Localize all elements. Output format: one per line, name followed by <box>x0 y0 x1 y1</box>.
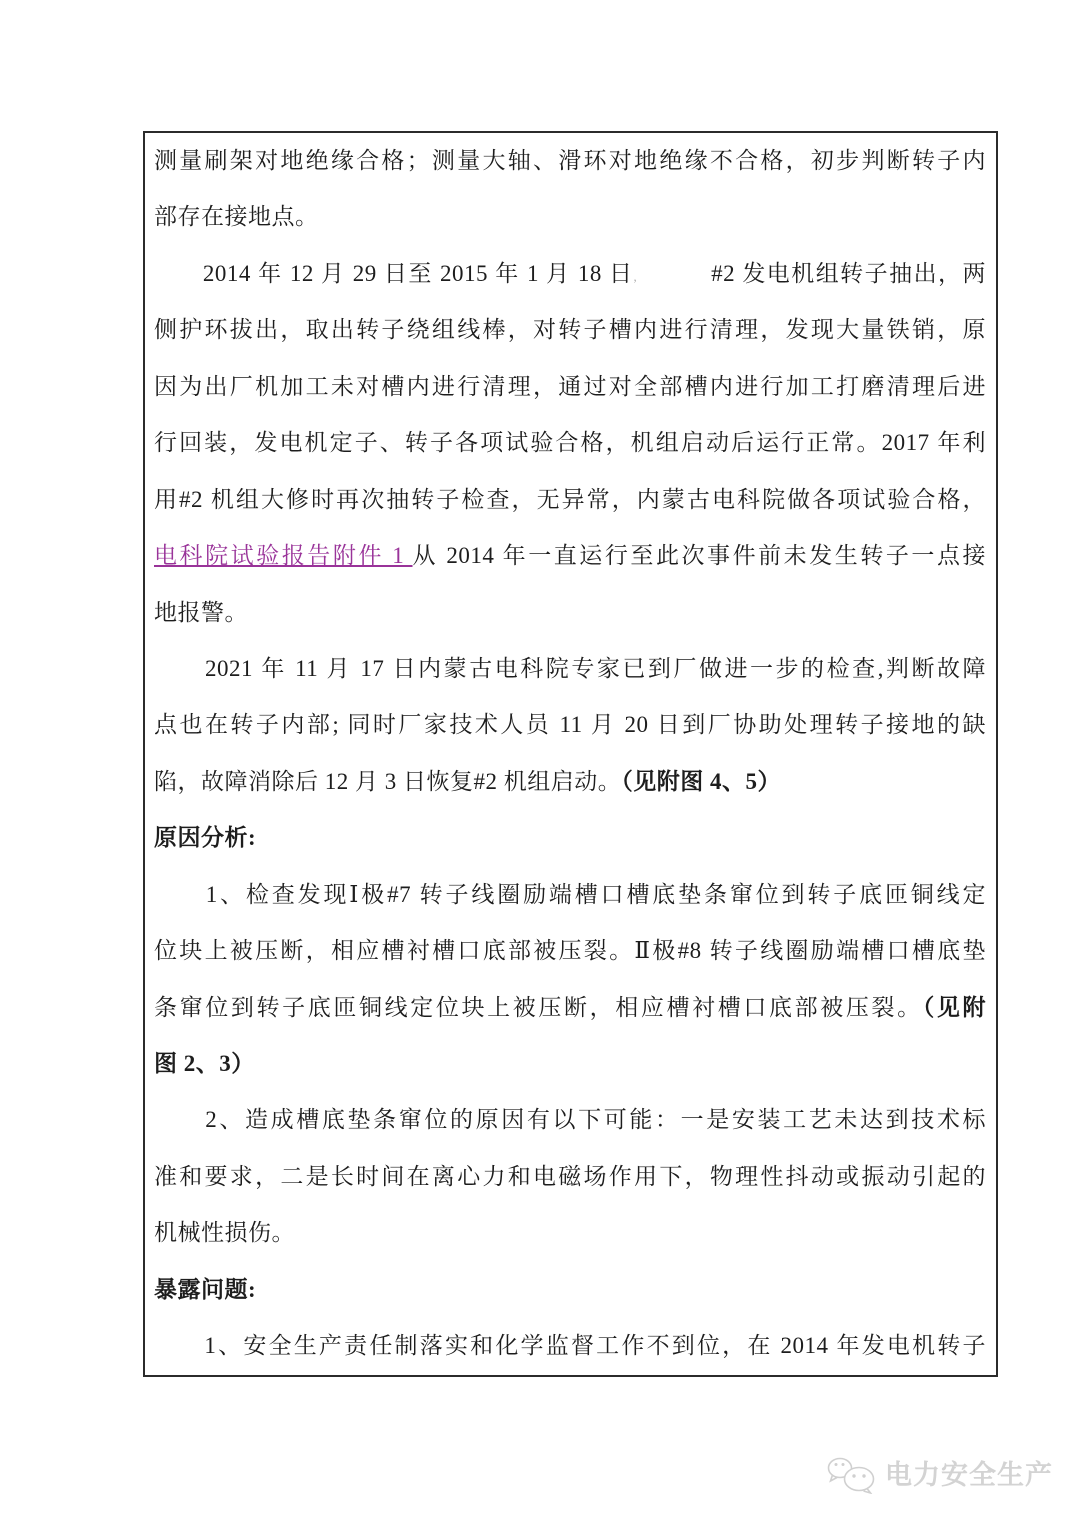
text-segment: 陷，故障消除后 12 月 3 日恢复#2 机组启动。 <box>154 769 621 794</box>
text-line-22: 1、安全生产责任制落实和化学监督工作不到位，在 2014 年发电机转子 <box>154 1318 986 1374</box>
text-line-1: 测量刷架对地绝缘合格；测量大轴、滑环对地绝缘不合格，初步判断转子内 <box>154 133 986 189</box>
text-line-4: 侧护环拔出，取出转子绕组线棒，对转子槽内进行清理，发现大量铁销，原 <box>154 302 986 358</box>
text-segment: 2014 年 12 月 29 日至 2015 年 1 月 18 日 <box>154 261 634 286</box>
text-line-18: 2、造成槽底垫条窜位的原因有以下可能：一是安装工艺未达到技术标 <box>154 1092 986 1148</box>
text-line-20: 机械性损伤。 <box>154 1205 986 1261</box>
text-segment: 暴露问题: <box>154 1277 256 1302</box>
text-line-9: 地报警。 <box>154 585 986 641</box>
text-segment: 2、造成槽底垫条窜位的原因有以下可能：一是安装工艺未达到技术标 <box>154 1107 986 1132</box>
text-segment: 行回装，发电机定子、转子各项试验合格，机组启动后运行正常。2017 年利 <box>154 430 986 455</box>
text-segment: 图 2、3） <box>154 1051 255 1076</box>
wechat-eye <box>842 1463 845 1466</box>
text-line-15: 位块上被压断，相应槽衬槽口底部被压裂。Ⅱ极#8 转子线圈励端槽口槽底垫 <box>154 923 986 979</box>
text-segment: 原因分析: <box>154 825 256 850</box>
text-segment: 从 2014 年一直运行至此次事件前未发生转子一点接 <box>413 543 986 568</box>
text-line-13: 原因分析: <box>154 810 986 866</box>
wechat-icon <box>826 1456 878 1494</box>
text-line-17: 图 2、3） <box>154 1036 986 1092</box>
watermark: 电力安全生产 <box>826 1456 1053 1494</box>
text-segment: #2 发电机组转子抽出，两 <box>637 261 986 286</box>
text-segment: 1、安全生产责任制落实和化学监督工作不到位，在 2014 年发电机转子 <box>154 1333 986 1358</box>
text-segment: 位块上被压断，相应槽衬槽口底部被压裂。Ⅱ极#8 转子线圈励端槽口槽底垫 <box>154 938 986 963</box>
text-line-12: 陷，故障消除后 12 月 3 日恢复#2 机组启动。（见附图 4、5） <box>154 754 986 810</box>
text-segment: 准和要求，二是长时间在离心力和电磁场作用下，物理性抖动或振动引起的 <box>154 1164 986 1189</box>
text-line-21: 暴露问题: <box>154 1262 986 1318</box>
text-segment: 部存在接地点。 <box>154 204 319 229</box>
wechat-eye <box>862 1474 865 1477</box>
text-segment: （见附 <box>923 995 986 1020</box>
text-segment: 条窜位到转子底匝铜线定位块上被压断，相应槽衬槽口底部被压裂。 <box>154 995 923 1020</box>
text-line-5: 因为出厂机加工未对槽内进行清理，通过对全部槽内进行加工打磨清理后进 <box>154 359 986 415</box>
text-line-14: 1、检查发现Ⅰ极#7 转子线圈励端槽口槽底垫条窜位到转子底匝铜线定 <box>154 867 986 923</box>
text-segment: 1、检查发现Ⅰ极#7 转子线圈励端槽口槽底垫条窜位到转子底匝铜线定 <box>154 882 986 907</box>
text-segment: （见附图 4、5） <box>621 769 781 794</box>
wechat-eye <box>852 1474 855 1477</box>
text-line-11: 点也在转子内部; 同时厂家技术人员 11 月 20 日到厂协助处理转子接地的缺 <box>154 697 986 753</box>
watermark-label: 电力安全生产 <box>885 1457 1053 1493</box>
text-line-6: 行回装，发电机定子、转子各项试验合格，机组启动后运行正常。2017 年利 <box>154 415 986 471</box>
text-line-19: 准和要求，二是长时间在离心力和电磁场作用下，物理性抖动或振动引起的 <box>154 1149 986 1205</box>
text-line-7: 用#2 机组大修时再次抽转子检查，无异常，内蒙古电科院做各项试验合格， <box>154 472 986 528</box>
text-segment: 2021 年 11 月 17 日内蒙古电科院专家已到厂做进一步的检查,判断故障 <box>154 656 986 681</box>
text-line-3: 2014 年 12 月 29 日至 2015 年 1 月 18 日, #2 发电… <box>154 246 986 302</box>
text-segment: 用#2 机组大修时再次抽转子检查，无异常，内蒙古电科院做各项试验合格， <box>154 487 986 512</box>
text-line-8: 电科院试验报告附件 1 从 2014 年一直运行至此次事件前未发生转子一点接 <box>154 528 986 584</box>
report-table-cell: 测量刷架对地绝缘合格；测量大轴、滑环对地绝缘不合格，初步判断转子内部存在接地点。… <box>143 131 998 1377</box>
page: 测量刷架对地绝缘合格；测量大轴、滑环对地绝缘不合格，初步判断转子内部存在接地点。… <box>0 0 1080 1528</box>
text-segment: 因为出厂机加工未对槽内进行清理，通过对全部槽内进行加工打磨清理后进 <box>154 374 986 399</box>
text-segment: 机械性损伤。 <box>154 1220 295 1245</box>
text-line-10: 2021 年 11 月 17 日内蒙古电科院专家已到厂做进一步的检查,判断故障 <box>154 641 986 697</box>
attachment-link[interactable]: 电科院试验报告附件 1 <box>154 543 413 568</box>
text-segment: 地报警。 <box>154 600 248 625</box>
text-segment: 测量刷架对地绝缘合格；测量大轴、滑环对地绝缘不合格，初步判断转子内 <box>154 148 986 173</box>
text-line-2: 部存在接地点。 <box>154 189 986 245</box>
text-segment: 点也在转子内部; 同时厂家技术人员 11 月 20 日到厂协助处理转子接地的缺 <box>154 712 986 737</box>
text-segment: 侧护环拔出，取出转子绕组线棒，对转子槽内进行清理，发现大量铁销，原 <box>154 317 986 342</box>
wechat-eye <box>835 1463 838 1466</box>
text-line-16: 条窜位到转子底匝铜线定位块上被压断，相应槽衬槽口底部被压裂。（见附 <box>154 980 986 1036</box>
